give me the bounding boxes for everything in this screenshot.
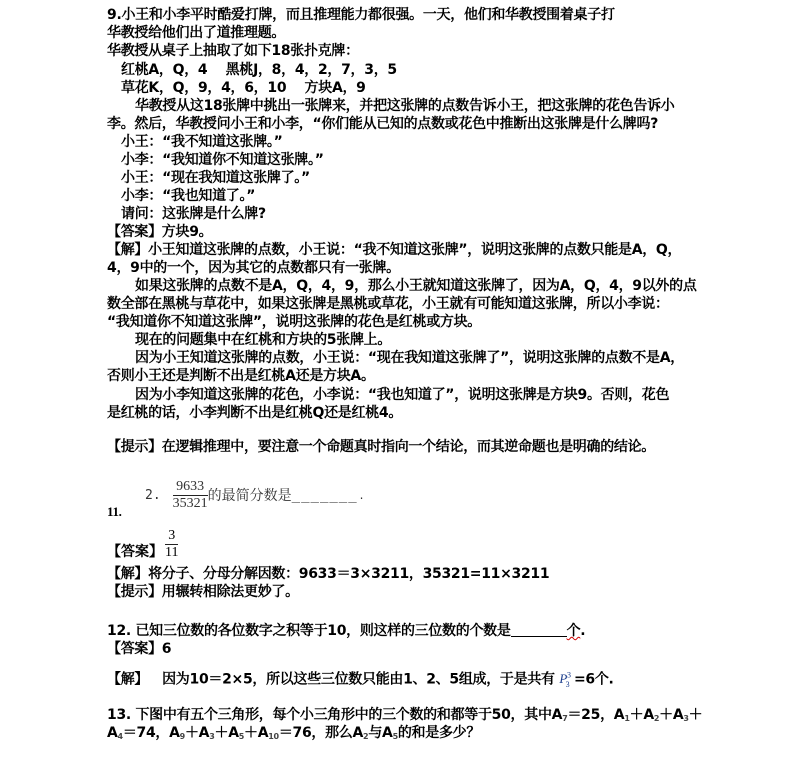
q11-blank: _______ [292,487,358,503]
q9-solution-line: 如果这张牌的点数不是A，Q，4，9，那么小王就知道这张牌了，因为A，Q，4，9以… [135,277,697,295]
q9-cards-clubs-diamonds: 草花K，Q，9，4，6，10 方块A，9 [121,79,366,97]
q11-solution: 【解】将分子、分母分解因数：9633＝3×3211，35321=11×3211 [107,565,549,583]
q9-solution-line: 数全部在黑桃与草花中，如果这张牌是黑桃或草花，小王就有可能知道这张牌，所以小李说… [107,295,669,313]
q12-solution: 【解】因为10＝2×5，所以这些三位数只能由1、2、5组成，于是共有 P33 =… [107,667,614,685]
q12-permutation: P33 [559,671,569,686]
q13-term: A7＝25， [552,707,614,723]
q11-denominator: 35321 [173,496,208,512]
q12-solution-text: 因为10＝2×5，所以这些三位数只能由1、2、5组成，于是共有 [162,671,555,687]
q12-answer: 【答案】6 [107,640,171,658]
q13-term: A2与 [353,725,383,741]
perm-sub: 3 [566,680,570,689]
q9-answer: 【答案】方块9。 [107,223,212,241]
q11-answer-denominator: 11 [165,545,178,561]
q11-sub-number: 2. [145,488,161,503]
q13-term: A3＋ [673,707,703,723]
q13-term: A5＋ [228,725,258,741]
q9-line: 9.小王和小李平时酷爱打牌，而且推理能力都很强。一天，他们和华教授围着桌子打 [107,6,615,24]
q12-answer-blank [511,622,567,637]
q11-answer-row: 【答案】 3 11 [107,521,178,561]
q13-text: 13. 下图中有五个三角形，每个小三角形中的三个数的和都等于50，其中 [107,707,552,723]
q9-dialog: 小李：“我也知道了。” [121,187,255,205]
q9-dialog: 小王：“现在我知道这张牌了。” [121,169,310,187]
q9-line: 李。然后，华教授问小王和小李，“你们能从已知的点数或花色中推断出这张牌是什么牌吗… [107,115,658,133]
q9-line: 华教授从桌子上抽取了如下18张扑克牌： [107,42,359,60]
q13-term: A10＝76，那么 [258,725,353,741]
q11-numerator: 9633 [173,479,208,496]
q11-number: 11. [107,503,122,521]
q13-line2: A4＝74，A9＋A3＋A5＋A10＝76，那么A2与A5的和是多少？ [107,724,480,742]
q11-question-image: 2. 9633 35321 的最简分数是 _______ . [145,475,364,515]
q11-question-text: 的最简分数是 [208,485,292,505]
q12-unit: 个 [567,623,581,639]
q13-term: A4＝74， [107,725,169,741]
q12-question: 12. 已知三位数的各位数字之积等于10，则这样的三位数的个数是个. [107,622,585,640]
q11-answer-fraction: 3 11 [165,528,178,561]
q11-answer-numerator: 3 [165,528,178,545]
q12-solution-label: 【解】 [107,671,148,687]
q9-solution-line: 是红桃的话，小李判断不出是红桃Q还是红桃4。 [107,404,402,422]
q13-term: A1＋ [614,707,644,723]
q13-line1: 13. 下图中有五个三角形，每个小三角形中的三个数的和都等于50，其中A7＝25… [107,706,702,724]
q9-dialog: 小王：“我不知道这张牌。” [121,133,283,151]
q12-solution-end: =6个. [574,671,614,687]
q9-solution-line: 现在的问题集中在红桃和方块的5张牌上。 [135,331,391,349]
q9-line: 华教授给他们出了道推理题。 [107,24,285,42]
q9-solution-line: 因为小王知道这张牌的点数，小王说：“现在我知道这张牌了”，说明这张牌的点数不是A… [135,349,684,367]
q11-fraction: 9633 35321 [173,479,208,512]
q9-solution-line: “我知道你不知道这张牌”，说明这张牌的花色是红桃或方块。 [107,313,481,331]
q11-answer-label: 【答案】 [107,543,163,561]
q11-hint: 【提示】用辗转相除法更妙了。 [107,583,299,601]
q13-term: A5的和是多少？ [382,725,480,741]
q9-line: 华教授从这18张牌中挑出一张牌来，并把这张牌的点数告诉小王，把这张牌的花色告诉小 [135,97,674,115]
q12-question-text: 12. 已知三位数的各位数字之积等于10，则这样的三位数的个数是 [107,623,511,639]
q9-hint: 【提示】在逻辑推理中，要注意一个命题真时指向一个结论，而其逆命题也是明确的结论。 [107,438,655,456]
q13-term: A3＋ [199,725,229,741]
q12-period: . [580,623,585,639]
q11-period: . [360,488,364,502]
q9-dialog: 小李：“我知道你不知道这张牌。” [121,151,324,169]
q9-solution-line: 因为小李知道这张牌的花色，小李说：“我也知道了”，说明这张牌是方块9。否则，花色 [135,386,669,404]
q9-solution-line: 否则小王还是判断不出是红桃A还是方块A。 [107,367,375,385]
perm-sup: 3 [567,671,571,680]
q13-term: A9＋ [169,725,199,741]
q9-question: 请问：这张牌是什么牌? [121,205,266,223]
q9-solution-line: 4，9中的一个，因为其它的点数都只有一张牌。 [107,259,400,277]
q13-term: A2＋ [643,707,673,723]
q9-cards-hearts-spades: 红桃A，Q，4 黑桃J，8，4，2，7，3，5 [121,61,397,79]
q9-solution-line: 【解】小王知道这张牌的点数，小王说：“我不知道这张牌”，说明这张牌的点数只能是A… [107,241,681,259]
